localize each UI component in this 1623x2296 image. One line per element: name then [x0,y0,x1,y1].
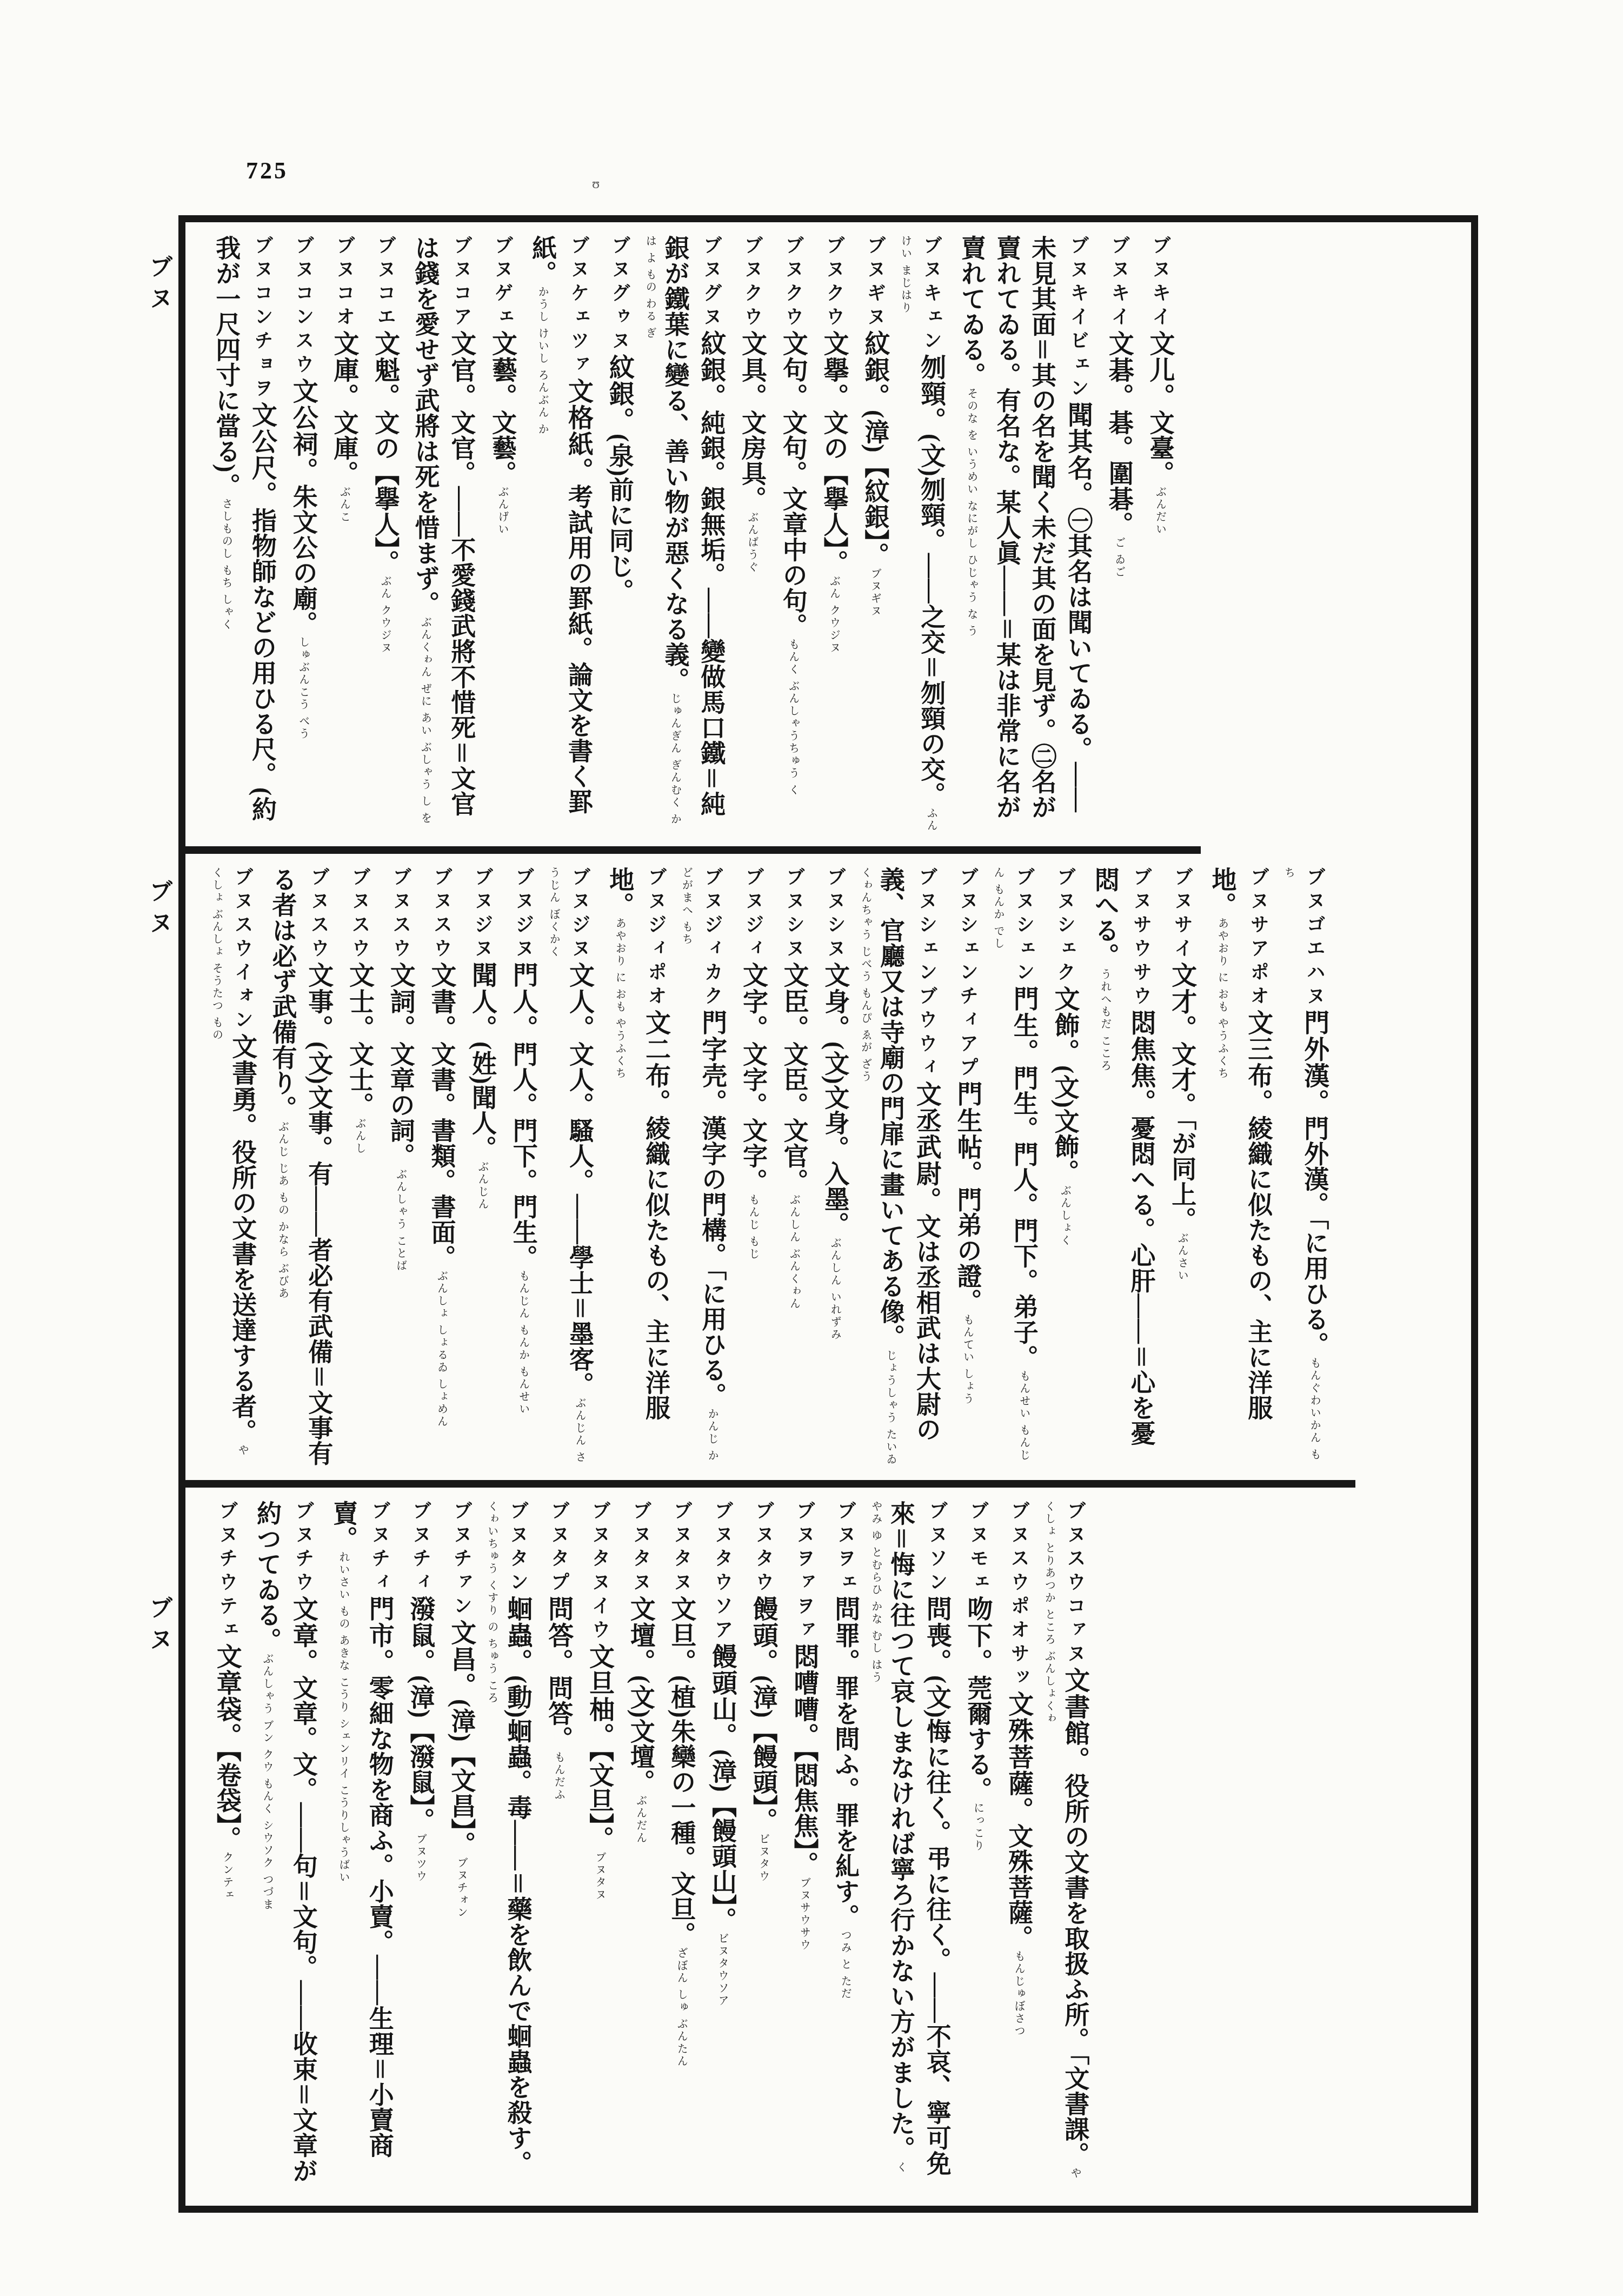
entry-reading: ブヌタン [507,1501,528,1596]
entry-reading: ブヌジィ [743,867,764,962]
entry-furigana: ブヌタヌ [594,1852,606,1901]
entry-reading: ブヌクウ [823,235,844,330]
entry-furigana: ぶんじん [476,1161,488,1211]
dictionary-entry: ブヌタウ饅頭。(漳)【饅頭】。ビヌタウ [745,1501,781,2184]
entry-reading: ブヌジヌ [513,867,534,962]
entry-definition: 文臺。 [1146,410,1174,486]
entry-reading: ブヌグゥヌ [609,235,630,354]
entry-furigana: にっこり [972,1802,983,1852]
entry-furigana: あやおり に おも やうふくち [1216,918,1228,1080]
dictionary-entry: ブヌスウ文詞。文章の詞。ぶんしゃう ことば [382,867,418,1467]
entry-reading: ブヌサウサウ [1130,867,1152,1010]
dictionary-entry: ブヌチィ門市。零細な物を商ふ。小賣。——生理＝小賣商賣。れいさい もの あきな … [326,1501,397,2184]
entry-definition: 文章の詞。 [387,1041,415,1169]
entry-headword: 門外漢。 [1300,1010,1328,1116]
entry-headword: 悶焦焦。 [1127,1010,1155,1116]
entry-furigana: ざぼん しゅ ぶんたん [675,1947,687,2068]
dictionary-entry: ブヌグヌ紋銀。純銀。銀無垢。——變做馬口鐵＝純銀が鐵葉に變る、善い物が惡くなる義… [642,235,729,833]
entry-reading: ブヌシェン [1014,867,1035,986]
entry-reading: ブヌゴエハヌ [1304,867,1325,1010]
margin-heading-band2: ブヌ [138,879,176,941]
entry-reading: ブヌジィカク [702,867,723,1010]
entry-furigana: ぶんだい [1154,486,1166,536]
entry-furigana: ぶんこ [338,486,350,523]
band-1: ブヌキイ文儿。文臺。ぶんだいブヌキイ文碁。碁。圍碁。ご ゐごブヌキイビェン聞其名… [185,222,1201,854]
entry-reading: ブヌキイ [1109,235,1130,330]
entry-headword: 潑鼠。 [407,1596,435,1675]
entry-furigana: ぶん クウジヌ [828,575,840,654]
entry-headword: 文殊菩薩。 [1005,1691,1033,1823]
entry-definition: 漢字の門構。「に用ひる。 [699,1116,726,1408]
entry-reading: ブヌサアポオ [1248,867,1269,1010]
entry-headword: 紋銀。 [697,330,725,410]
entry-definition: 文の【擧人】。 [371,410,399,575]
dictionary-entry: ブヌコア文官。文官。——不愛錢武將不惜死＝文官は錢を愛せず武將は死を惜まず。ぶん… [408,235,479,833]
entry-furigana: ブヌサウサウ [799,1877,810,1952]
entry-definition: 罪を問ふ。罪を糺す。 [832,1675,859,1929]
entry-headword: 文人。 [566,962,594,1041]
entry-reading: ブヌヲェ [835,1501,856,1596]
dictionary-entry: ブヌシヌ文身。(文)文身。入墨。ぶんしん いれずみ [817,867,853,1467]
entry-definition: 文の【擧人】。 [820,410,848,575]
entry-headword: 文旦柚。 [586,1643,614,1749]
entry-reading: ブヌキイビェン [1068,235,1089,402]
entry-reading: ブヌサイ [1172,867,1193,962]
entry-reading: ブヌコンスウ [293,235,314,378]
entry-headword: 文士。 [345,962,374,1041]
entry-furigana: ブヌチォン [455,1857,467,1919]
entry-reading: ブヌスウ [308,867,329,962]
entry-headword: 問罪。 [831,1596,859,1675]
entry-definition: (姓)聞人。 [469,1041,496,1161]
entry-definition: (漳)【饅頭】。 [750,1675,777,1833]
dictionary-entry: ブヌタン蛔蟲。(動)蛔蟲。毒——＝藥を飲んで蛔蟲を殺す。くゎいちゅう くすり の… [484,1501,535,2184]
entry-reading: ブヌモェ [967,1501,988,1596]
entry-reading: ブヌチァン [451,1501,472,1620]
entry-definition: 役所の文書を送達する者。 [229,1139,256,1444]
entry-reading: ブヌジヌ [472,867,493,962]
entry-definition: (動)蛔蟲。毒——＝藥を飲んで蛔蟲を殺す。 [504,1675,531,2176]
dictionary-entry: ブヌチァン文昌。(漳)【文昌】。ブヌチォン [443,1501,480,2184]
dictionary-entry: ブヌクウ文具。文房具。ぶんばうぐ [734,235,770,833]
entry-furigana: もんてい しょう [962,1314,974,1405]
dictionary-entry: ブヌクウ文句。文句。文章中の句。もんく ぶんしゃうちゅう く [775,235,811,833]
entry-headword: 文丞武尉。 [913,1081,941,1213]
entry-headword: 問答。 [544,1596,573,1675]
entry-headword: 文身。 [821,962,849,1041]
dictionary-entry: ブヌキイビェン聞其名。㊀其名は聞いてゐる。——未見其面＝其の名を聞く未だ其の面を… [954,235,1096,833]
dictionary-entry: ブヌジィカク門字壳。漢字の門構。「に用ひる。かんじ かどがまへ もち [679,867,730,1467]
entry-furigana: もんだふ [553,1751,564,1801]
dictionary-entry: ブヌスウ文事。(文)文事。有——者必有武備＝文事有る者は必ず武備有り。ぶんじ じ… [265,867,336,1467]
band-2: ブヌゴエハヌ門外漢。門外漢。「に用ひる。もんぐわいかん もちブヌサアポオ文三布。… [185,854,1355,1488]
entry-definition: (漳)【饅頭山】。 [709,1749,736,1933]
entry-definition: 【文旦】。 [586,1749,614,1852]
entry-definition: 文藝。 [489,410,516,486]
entry-reading: ブヌスウ [349,867,370,962]
dictionary-entry: ブヌシェク文飾。(文)文飾。ぶんしょく [1047,867,1083,1467]
dictionary-entry: ブヌソン問喪。(文)悔に往く。弔に往く。——不哀、寧可免來＝悔に往つて哀しまなけ… [868,1501,954,2184]
entry-definition: 文才。「が同上。 [1168,1041,1196,1232]
entry-headword: 文書。 [427,962,455,1041]
dictionary-entry: ブヌコエ文魁。文の【擧人】。ぶん クウジヌ [367,235,403,833]
entry-furigana: そのな を いうめい なにがし ひじゃう な う [966,388,977,638]
entry-definition: 門生。門人。門下。弟子。 [1010,1065,1038,1370]
entry-reading: ブヌスウ [431,867,452,962]
entry-reading: ブヌシヌ [784,867,805,962]
dictionary-page: 725 ʊ ブヌ ブヌ ブヌ ブヌキイ文儿。文臺。ぶんだいブヌキイ文碁。碁。圍碁… [0,0,1623,2296]
entry-headword: 文詞。 [387,962,415,1041]
entry-headword: 文魁。 [371,330,399,410]
entry-definition: 文字。文字。 [740,1041,767,1194]
entry-definition: 文書。書類。書面。 [428,1041,455,1270]
entry-headword: 門生帖。 [954,1081,982,1187]
entry-reading: ブヌスウコァヌ [1065,1501,1086,1667]
entry-furigana: ぶんしん ぶんくゎん [788,1194,800,1310]
entry-headword: 聞人。 [468,962,496,1041]
dictionary-entry: ブヌタウソア饅頭山。(漳)【饅頭山】。ビヌタウソア [704,1501,740,2184]
entry-headword: 文官。 [447,330,475,410]
entry-reading: ブヌグヌ [701,235,722,330]
entry-reading: ブヌジィポオ [646,867,667,1010]
entry-furigana: あやおり に おも やうふくち [614,918,626,1080]
dictionary-entry: ブヌモェ吻下。莞爾する。にっこり [960,1501,996,2184]
entry-definition: 莞爾する。 [964,1675,992,1802]
entry-reading: ブヌソン [927,1501,948,1596]
entry-reading: ブヌシヌ [824,867,846,962]
entry-reading: ブヌチィ [369,1501,390,1596]
entry-furigana: ビヌタウ [757,1833,769,1883]
dictionary-entry: ブヌシェンチィアプ門生帖。門弟の證。もんてい しょう [949,867,986,1467]
entry-definition: 役所の文書を取扱ふ所。「文書課。 [1061,1773,1089,2167]
entry-headword: 饅頭。 [749,1596,777,1675]
entry-reading: ブヌジヌ [569,867,590,962]
entry-furigana: さしものし もち しゃく [220,498,232,631]
entry-reading: ブヌシェク [1054,867,1075,986]
entry-headword: 文擧。 [820,330,848,410]
entry-definition: 文房具。 [739,410,766,512]
entry-definition: (文)文壇。 [627,1675,655,1795]
entry-headword: 文章袋。 [213,1643,241,1749]
entry-headword: 文壇。 [627,1596,655,1675]
entry-headword: 文二布。 [642,1010,670,1116]
entry-headword: 文才。 [1168,962,1196,1041]
entry-reading: ブヌタウソア [712,1501,733,1643]
entry-headword: 文事。 [304,962,332,1041]
dictionary-entry: ブヌコンチョヲ文公尺。指物師などの用ひる尺。(約我が一尺四寸に當る)。さしものし… [209,235,280,833]
entry-furigana: れいさい もの あきな こうり シェンリイ こうりしゃうばい [337,1551,349,1884]
entry-headword: 文昌。 [447,1620,475,1699]
entry-definition: 文庫。 [331,410,358,486]
entry-headword: 吻下。 [963,1596,992,1675]
entry-reading: ブヌタヌ [630,1501,651,1596]
entry-headword: 文飾。 [1050,986,1079,1065]
entry-headword: 文公尺。 [248,402,276,508]
entry-headword: 文字。 [739,962,767,1041]
entry-furigana: うれへもだ こころ [1099,968,1111,1072]
margin-heading-band1: ブヌ [138,254,176,317]
entry-reading: ブヌスウポオサッ [1008,1501,1029,1691]
dictionary-entry: ブヌキイ文儿。文臺。ぶんだい [1142,235,1178,833]
entry-headword: 文藝。 [488,330,516,410]
dictionary-entry: ブヌジヌ文人。文人。騷人。——學士＝墨客。ぶんじん さうじん ぼくかく [546,867,597,1467]
entry-definition: 碁。圍碁。 [1106,410,1133,537]
entry-definition: 文人。騷人。——學士＝墨客。 [566,1041,594,1397]
entry-furigana: しゅぶんこう べう [297,636,309,740]
entry-furigana: もんじ もじ [747,1194,759,1260]
entry-reading: ブヌタヌ [671,1501,692,1596]
entry-furigana: ぶんばうぐ [746,512,758,574]
entry-furigana: ぶんしょく [1059,1185,1070,1247]
entry-definition: 問答。 [545,1675,573,1751]
entry-reading: ブヌタプ [548,1501,569,1596]
entry-furigana: ぶんしゃう ことば [395,1169,407,1272]
dictionary-entry: ブヌキイ文碁。碁。圍碁。ご ゐご [1101,235,1137,833]
entry-furigana: ご ゐご [1113,537,1125,579]
entry-headword: 文庫。 [330,330,358,410]
dictionary-entry: ブヌゲェ文藝。文藝。ぶんげい [484,235,520,833]
entry-reading: ブヌコンチョヲ [252,235,273,402]
entry-headword: 門生。 [1010,986,1038,1065]
entry-headword: 文書勇。 [228,1033,256,1139]
dictionary-entry: ブヌチウテェ文章袋。【卷袋】。クンテェ [209,1501,245,2184]
entry-definition: 文士。 [346,1041,374,1118]
entry-definition: (泉)前に同じ。 [606,434,634,604]
entry-furigana: ぶんげい [496,486,508,536]
entry-headword: 文臣。 [780,962,808,1041]
entry-definition: 文句。文章中の句。 [780,410,807,639]
entry-reading: ブヌケェツァ [568,235,589,378]
dictionary-entry: ブヌヲェ問罪。罪を問ふ。罪を糺す。つみ と ただ [827,1501,863,2184]
entry-headword: 門人。 [509,962,537,1041]
entry-furigana: かうし けいし ろんぶん か [536,286,548,436]
dictionary-entry: ブヌスウ文士。文士。ぶんし [341,867,377,1467]
entry-furigana: ぶんしょ しょるゐ しょめん [435,1270,447,1428]
entry-headword: 紋銀。 [606,354,634,434]
dictionary-entry: ブヌコオ文庫。文庫。ぶんこ [326,235,362,833]
entry-headword: 刎頸。 [917,354,945,434]
entry-furigana: ぶんさい [1176,1232,1188,1282]
entry-headword: 文具。 [738,330,766,410]
dictionary-entry: ブヌタプ問答。問答。もんだふ [540,1501,576,2184]
entry-furigana: ブヌギヌ [869,568,881,618]
scan-artifact-mark: ʊ [592,176,600,192]
band-3: ブヌスウコァヌ文書館。役所の文書を取扱ふ所。「文書課。やくしょ とりあつか とこ… [185,1488,1116,2197]
entry-headword: 問喪。 [923,1596,951,1675]
entry-furigana: ぶんしゃう ブン クウ もんく シウソク つづま [261,1653,273,1911]
entry-furigana: ぶんしん いれずみ [829,1237,841,1341]
dictionary-entry: ブヌジィポオ文二布。綾織に似たもの、主に洋服地。あやおり に おも やうふくち [602,867,674,1467]
dictionary-entry: ブヌゴエハヌ門外漢。門外漢。「に用ひる。もんぐわいかん もち [1281,867,1332,1467]
entry-definition: (文)文身。入墨。 [821,1041,849,1237]
entry-reading: ブヌキェン [921,235,942,354]
entry-furigana: ぶんくゎん ぜに あい ぶしゃう し を [420,616,431,825]
dictionary-entry: ブヌジィ文字。文字。文字。もんじ もじ [735,867,771,1467]
dictionary-entry: ブヌタヌ文壇。(文)文壇。ぶんだん [622,1501,658,2184]
entry-furigana: もんじん もんか もんせい [517,1270,529,1416]
margin-heading-band3: ブヌ [138,1595,176,1658]
dictionary-entry: ブヌシヌ文臣。文臣。文官。ぶんしん ぶんくゎん [776,867,812,1467]
dictionary-entry: ブヌサアポオ文三布。綾織に似たもの、主に洋服地。あやおり に おも やうふくち [1205,867,1276,1467]
entry-furigana: もんく ぶんしゃうちゅう く [787,639,799,797]
entry-headword: 文章。 [289,1596,317,1675]
entry-headword: 饅頭山。 [708,1643,736,1749]
entry-definition: 【悶焦焦】。 [791,1749,819,1877]
entry-definition: (漳)【潑鼠】。 [407,1675,435,1833]
entry-reading: ブヌクウ [783,235,804,330]
entry-headword: 文儿。 [1146,330,1174,410]
entry-definition: 朱文公の廟。 [290,484,317,636]
entry-definition: 文殊菩薩。 [1005,1823,1033,1950]
dictionary-entry: ブヌケェツァ文格紙。考試用の罫紙。論文を書く罫紙。かうし けいし ろんぶん か [525,235,596,833]
entry-headword: 門市。 [365,1596,394,1675]
dictionary-entry: ブヌスウコァヌ文書館。役所の文書を取扱ふ所。「文書課。やくしょ とりあつか とこ… [1041,1501,1093,2184]
entry-furigana: ぶんだん [635,1795,647,1844]
dictionary-entry: ブヌジヌ門人。門人。門下。門生。もんじん もんか もんせい [505,867,541,1467]
dictionary-entry: ブヌヲァヲァ悶嘈嘈。【悶焦焦】。ブヌサウサウ [786,1501,822,2184]
entry-furigana: つみ と ただ [839,1929,851,2000]
entry-definition: 門弟の證。 [954,1187,982,1314]
dictionary-entry: ブヌシェンブウウィ文丞武尉。文は丞相武は大尉の義、官廳又は寺廟の門扉に畫いてある… [857,867,944,1467]
dictionary-entry: ブヌスウイォン文書勇。役所の文書を送達する者。やくしょ ぶんしょ そうたつ もの [209,867,260,1467]
entry-reading: ブヌコオ [334,235,355,330]
dictionary-entry: ブヌクウ文擧。文の【擧人】。ぶん クウジヌ [816,235,852,833]
entry-headword: 文格紙。 [564,378,593,484]
dictionary-entry: ブヌコンスウ文公祠。朱文公の廟。しゅぶんこう べう [285,235,321,833]
entry-definition: (漳)【紋銀】。 [861,410,889,568]
entry-headword: 文書館。 [1061,1667,1089,1773]
content-frame: ブヌキイ文儿。文臺。ぶんだいブヌキイ文碁。碁。圍碁。ご ゐごブヌキイビェン聞其名… [178,215,1478,2213]
entry-headword: 文公祠。 [289,378,317,484]
entry-reading: ブヌクウ [742,235,763,330]
entry-headword: 門字壳。 [698,1010,726,1116]
dictionary-entry: ブヌグゥヌ紋銀。(泉)前に同じ。 [601,235,637,833]
entry-reading: ブヌスウイォン [232,867,253,1033]
entry-reading: ブヌスウ [390,867,411,962]
entry-definition: 門人。門下。門生。 [510,1041,537,1270]
dictionary-entry: ブヌシェン門生。門生。門人。門下。弟子。もんせい もんじん もんか でし [990,867,1042,1467]
entry-reading: ブヌコア [451,235,472,330]
entry-headword: 文句。 [779,330,807,410]
entry-definition: 【卷袋】。 [214,1749,241,1852]
dictionary-entry: ブヌスウポオサッ文殊菩薩。文殊菩薩。もんじゅぼさつ [1000,1501,1036,2184]
entry-reading: ブヌチウテェ [217,1501,238,1643]
entry-furigana: ブヌツウ [415,1833,427,1883]
dictionary-entry: ブヌチィ潑鼠。(漳)【潑鼠】。ブヌツウ [402,1501,438,2184]
entry-headword: 文旦。 [667,1596,695,1675]
entry-definition: (漳)【文昌】。 [448,1699,475,1857]
entry-headword: 悶嘈嘈。 [790,1643,819,1749]
dictionary-entry: ブヌサイ文才。文才。「が同上。ぶんさい [1163,867,1200,1467]
entry-reading: ブヌゲェ [492,235,513,330]
dictionary-entry: ブヌチウ文章。文章。文。——句＝文句。——收束＝文章が約つてゐる。ぶんしゃう ブ… [250,1501,321,2184]
entry-furigana: クンテェ [221,1852,233,1901]
dictionary-entry: ブヌタヌ文旦。(植)朱欒の一種。文旦。ざぼん しゅ ぶんたん [663,1501,700,2184]
dictionary-entry: ブヌスウ文書。文書。書類。書面。ぶんしょ しょるゐ しょめん [423,867,460,1467]
entry-reading: ブヌシェンブウウィ [916,867,937,1081]
entry-definition: 文臣。文官。 [781,1041,808,1194]
entry-reading: ブヌタヌイウ [589,1501,610,1643]
page-number: 725 [246,157,288,184]
dictionary-entry: ブヌギヌ紋銀。(漳)【紋銀】。ブヌギヌ [856,235,893,833]
entry-definition: (植)朱欒の一種。文旦。 [668,1675,695,1947]
entry-reading: ブヌチウ [293,1501,314,1596]
entry-reading: ブヌギヌ [864,235,886,330]
entry-headword: 文碁。 [1105,330,1133,410]
entry-reading: ブヌチィ [410,1501,431,1596]
dictionary-entry: ブヌジヌ聞人。(姓)聞人。ぶんじん [464,867,500,1467]
dictionary-entry: ブヌタヌイウ文旦柚。【文旦】。ブヌタヌ [581,1501,617,2184]
entry-furigana: ぶんじ じあ もの かなら ぶびあ [276,1121,288,1300]
entry-reading: ブヌキイ [1149,235,1170,330]
entry-furigana: ぶんし [354,1118,365,1155]
dictionary-entry: ブヌキェン刎頸。(文)刎頸。——之交＝刎頸の交。ふんけい まじはり [897,235,949,833]
entry-reading: ブヌタウ [753,1501,774,1596]
entry-definition: (文)刎頸。——之交＝刎頸の交。 [917,434,945,807]
entry-headword: 聞其名。 [1064,402,1092,508]
entry-definition: (文)文飾。 [1051,1065,1079,1185]
entry-furigana: ビヌタウソア [716,1933,728,2007]
entry-definition: 門外漢。「に用ひる。 [1301,1116,1328,1357]
entry-headword: 文三布。 [1244,1010,1272,1116]
entry-reading: ブヌコエ [375,235,396,330]
entry-headword: 紋銀。 [861,330,889,410]
entry-reading: ブヌヲァヲァ [794,1501,815,1643]
entry-headword: 蛔蟲。 [503,1596,531,1675]
entry-furigana: くゎいちゅう くすり の ちゅう ころ [486,1501,498,1704]
dictionary-entry: ブヌサウサウ悶焦焦。憂悶へる。心肝——＝心を憂悶へる。うれへもだ こころ [1087,867,1159,1467]
entry-reading: ブヌシェンチィアプ [957,867,979,1081]
entry-furigana: もんじゅぼさつ [1013,1950,1025,2038]
entry-furigana: ぶん クウジヌ [379,575,391,654]
